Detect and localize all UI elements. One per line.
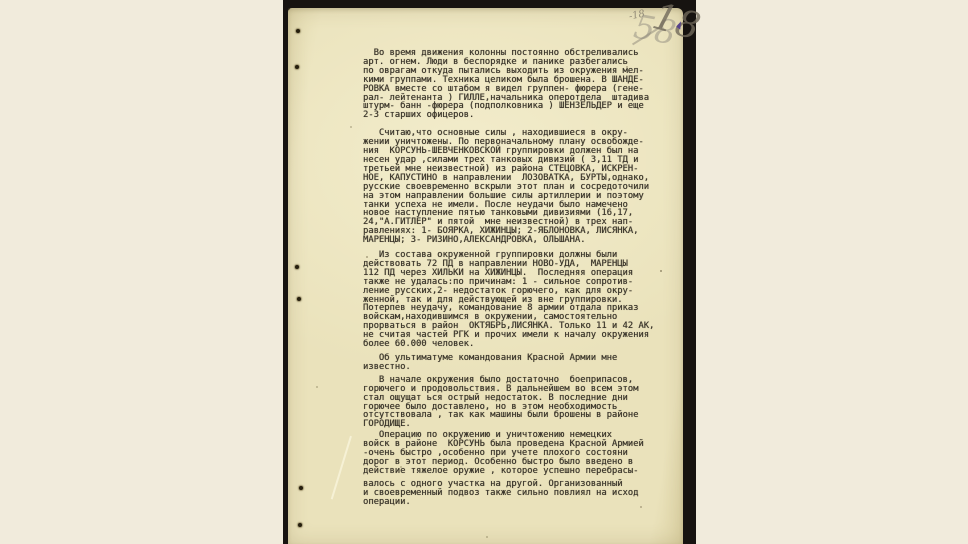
punch-hole [295,265,299,269]
paragraph: В начале окружения было достаточно боепр… [363,376,679,429]
viewer-background: { "colors": { "matte_background": "#f1eb… [0,0,968,544]
paper-speckles [288,8,290,10]
punch-hole [296,29,300,33]
paragraph: Считаю,что основные силы , находившиеся … [363,129,679,245]
scan-backdrop: -18 58 18 Во время движения колонны пост… [283,0,696,544]
paragraph: валось с одного участка на другой. Орган… [363,480,679,507]
typewritten-text: Во время движения колонны постоянно обст… [363,49,679,507]
document-page: -18 58 18 Во время движения колонны пост… [288,8,683,544]
punch-hole [298,523,302,527]
punch-hole [299,486,303,490]
punch-hole [295,65,299,69]
paragraph: Из состава окруженной группировки должны… [363,251,679,349]
punch-hole [297,297,301,301]
paragraph: Об ультиматуме командования Красной Арми… [363,354,679,372]
paragraph: Во время движения колонны постоянно обст… [363,49,679,120]
paper-crease [331,436,352,500]
paragraph: Операцию по окружению и уничтожению неме… [363,431,679,476]
